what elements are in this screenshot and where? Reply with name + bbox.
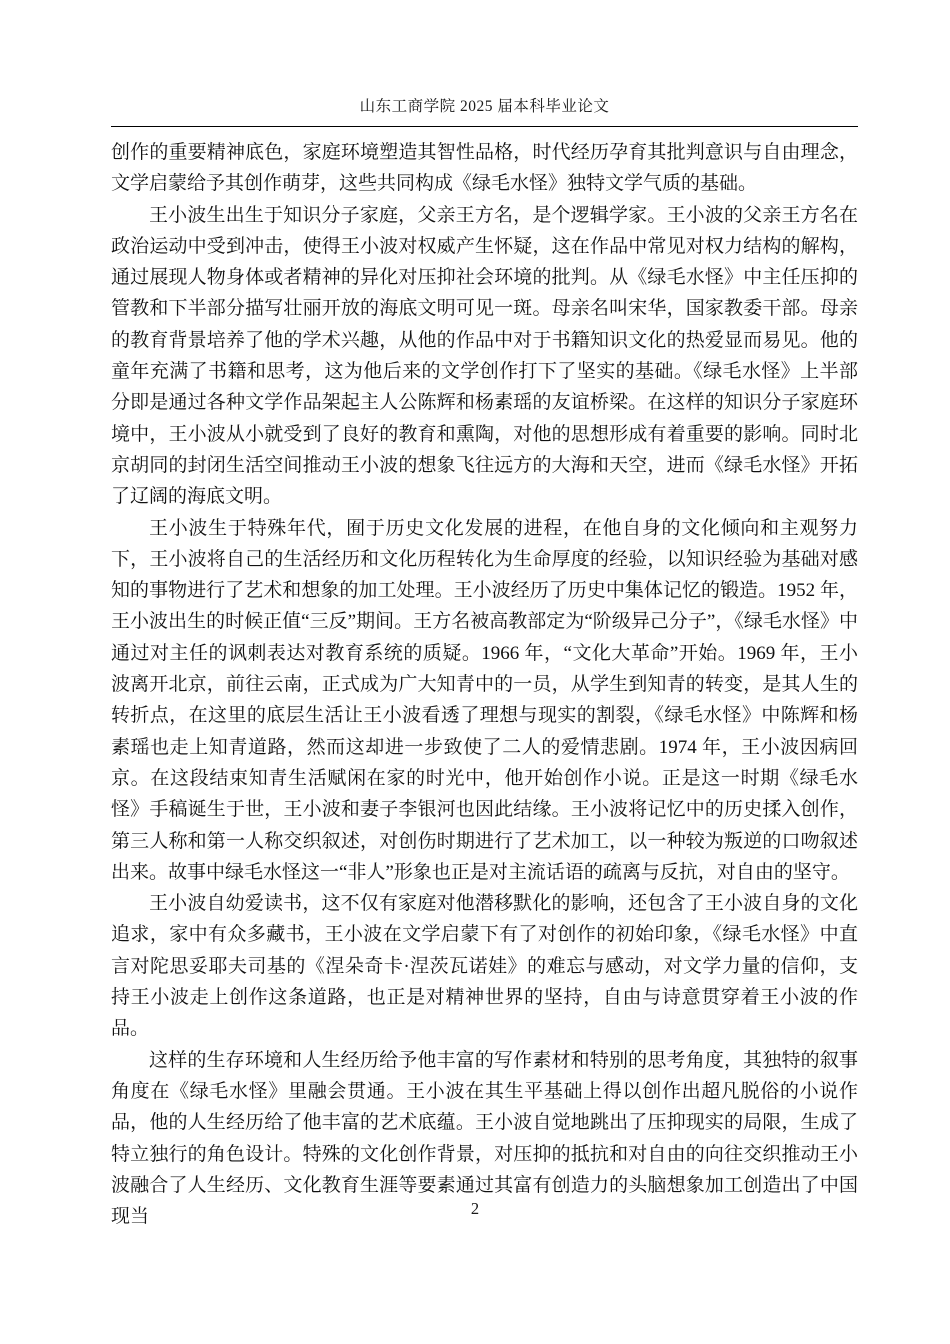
- paragraph-family-background: 王小波生出生于知识分子家庭，父亲王方名，是个逻辑学家。王小波的父亲王方名在政治运…: [111, 200, 858, 513]
- page-footer: 2: [0, 1199, 950, 1219]
- paragraph-continuation: 创作的重要精神底色，家庭环境塑造其智性品格，时代经历孕育其批判意识与自由理念，文…: [111, 137, 858, 200]
- thesis-document-page: 山东工商学院 2025 届本科毕业论文 创作的重要精神底色，家庭环境塑造其智性品…: [0, 0, 950, 1344]
- document-body: 创作的重要精神底色，家庭环境塑造其智性品格，时代经历孕育其批判意识与自由理念，文…: [111, 137, 858, 1232]
- page-number: 2: [471, 1199, 479, 1218]
- paragraph-historical-era: 王小波生于特殊年代，囿于历史文化发展的进程，在他自身的文化倾向和主观努力下，王小…: [111, 513, 858, 889]
- header-divider-rule: [111, 126, 858, 127]
- running-header-title: 山东工商学院 2025 届本科毕业论文: [111, 97, 858, 117]
- paragraph-reading-enlightenment: 王小波自幼爱读书，这不仅有家庭对他潜移默化的影响，还包含了王小波自身的文化追求，…: [111, 888, 858, 1044]
